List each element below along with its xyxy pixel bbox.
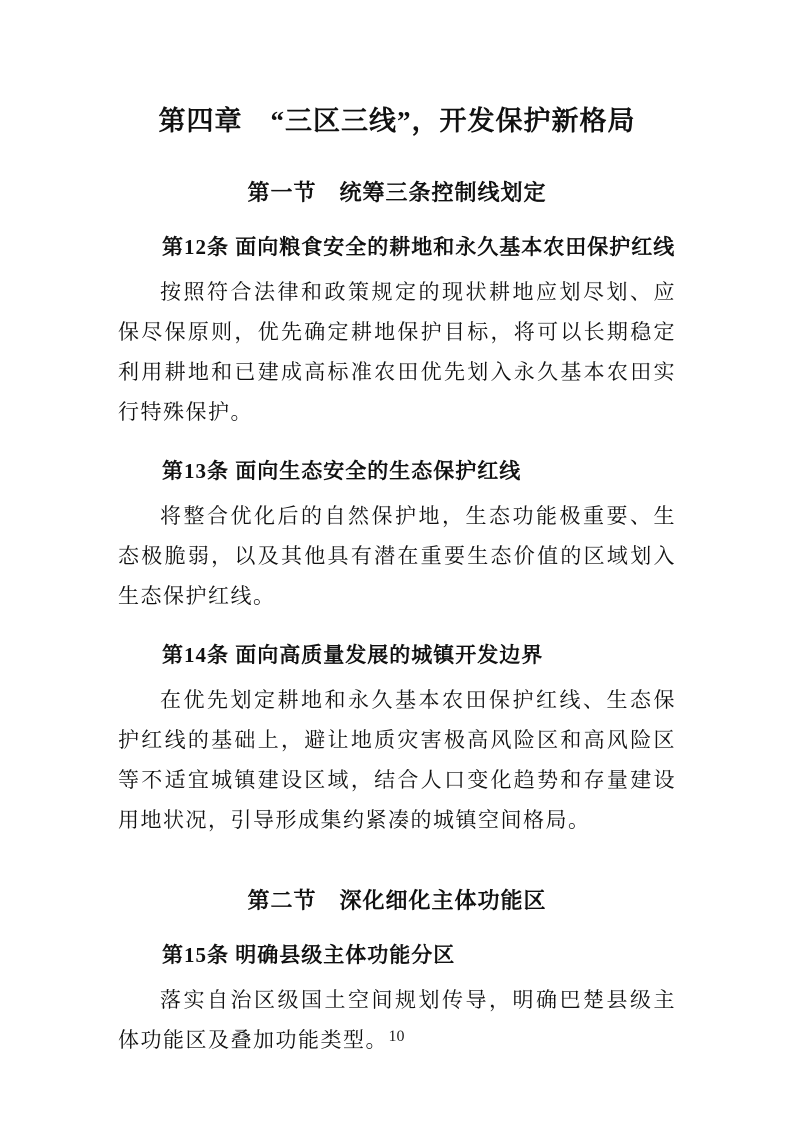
article-14-body: 在优先划定耕地和永久基本农田保护红线、生态保护红线的基础上，避让地质灾害极高风险…: [118, 680, 676, 840]
document-page: 第四章 “三区三线”，开发保护新格局 第一节 统筹三条控制线划定 第12条 面向…: [0, 0, 793, 1122]
article-13-heading: 第13条 面向生态安全的生态保护红线: [118, 456, 676, 486]
article-12-body: 按照符合法律和政策规定的现状耕地应划尽划、应保尽保原则，优先确定耕地保护目标，将…: [118, 272, 676, 432]
article-13-body: 将整合优化后的自然保护地，生态功能极重要、生态极脆弱，以及其他具有潜在重要生态价…: [118, 496, 676, 616]
article-14-heading: 第14条 面向高质量发展的城镇开发边界: [118, 640, 676, 670]
article-12-heading: 第12条 面向粮食安全的耕地和永久基本农田保护红线: [118, 232, 676, 262]
section-1-title: 第一节 统筹三条控制线划定: [118, 178, 676, 208]
page-number: 10: [0, 1028, 793, 1046]
article-15-body: 落实自治区级国土空间规划传导，明确巴楚县级主体功能区及叠加功能类型。: [118, 980, 676, 1060]
chapter-title: 第四章 “三区三线”，开发保护新格局: [118, 0, 676, 142]
article-15-heading: 第15条 明确县级主体功能分区: [118, 940, 676, 970]
section-2-title: 第二节 深化细化主体功能区: [118, 886, 676, 916]
